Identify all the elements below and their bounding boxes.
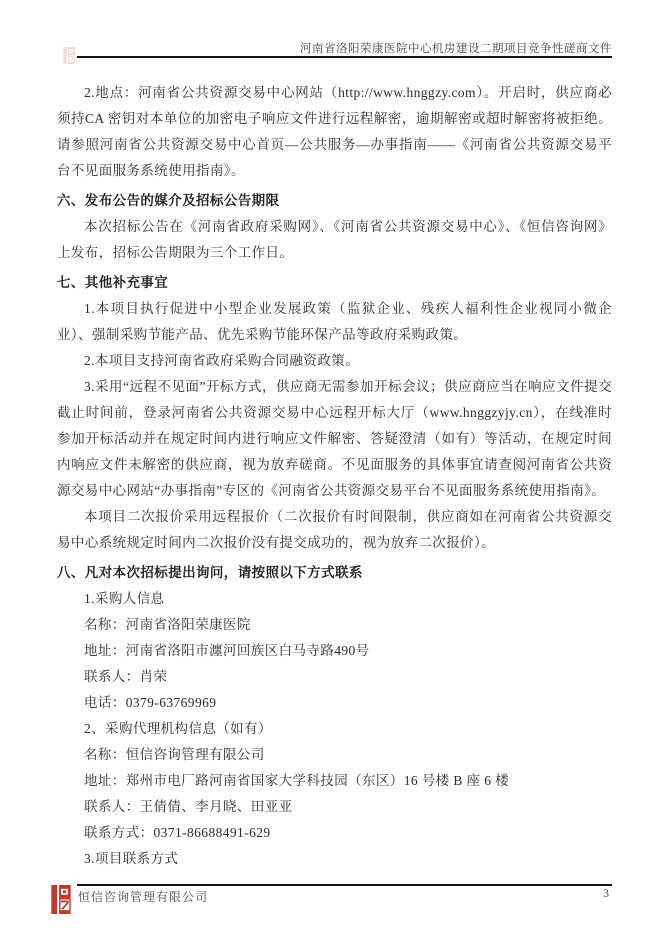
section-heading: 七、其他补充事宜 xyxy=(57,270,612,296)
company-logo-watermark-icon xyxy=(63,47,75,64)
header-rule xyxy=(77,56,612,58)
document-body: 2.地点：河南省公共资源交易中心网站（http://www.hnggzy.com… xyxy=(57,80,612,872)
company-logo-icon xyxy=(51,885,71,914)
contact-line: 2、采购代理机构信息（如有） xyxy=(57,716,612,742)
contact-line: 名称：河南省洛阳荣康医院 xyxy=(57,612,612,638)
footer-company-name: 恒信咨询管理有限公司 xyxy=(78,888,208,905)
body-paragraph: 2.本项目支持河南省政府采购合同融资政策。 xyxy=(57,348,612,374)
contact-line: 3.项目联系方式 xyxy=(57,846,612,872)
footer-rule xyxy=(77,884,612,886)
contact-line: 联系人：肖荣 xyxy=(57,664,612,690)
body-paragraph: 1.本项目执行促进中小型企业发展政策（监狱企业、残疾人福利性企业视同小微企业）、… xyxy=(57,296,612,348)
document-page: 河南省洛阳荣康医院中心机房建设二期项目竞争性磋商文件 2.地点：河南省公共资源交… xyxy=(0,0,662,936)
contact-line: 地址：河南省洛阳市瀍河回族区白马寺路490号 xyxy=(57,638,612,664)
body-paragraph: 本项目二次报价采用远程报价（二次报价有时间限制，供应商如在河南省公共资源交易中心… xyxy=(57,504,612,556)
section-heading: 六、发布公告的媒介及招标公告期限 xyxy=(57,188,612,214)
contact-line: 联系人：王倩倩、李月晓、田亚亚 xyxy=(57,794,612,820)
header-document-title: 河南省洛阳荣康医院中心机房建设二期项目竞争性磋商文件 xyxy=(300,40,612,56)
contact-line: 联系方式：0371-86688491-629 xyxy=(57,820,612,846)
page-number: 3 xyxy=(603,888,609,900)
contact-line: 1.采购人信息 xyxy=(57,586,612,612)
contact-line: 电话：0379-63769969 xyxy=(57,690,612,716)
contact-line: 名称：恒信咨询管理有限公司 xyxy=(57,742,612,768)
body-paragraph: 2.地点：河南省公共资源交易中心网站（http://www.hnggzy.com… xyxy=(57,80,612,184)
contact-line: 地址：郑州市电厂路河南省国家大学科技园（东区）16 号楼 B 座 6 楼 xyxy=(57,768,612,794)
body-paragraph: 本次招标公告在《河南省政府采购网》、《河南省公共资源交易中心》、《恒信咨询网》上… xyxy=(57,214,612,266)
body-paragraph: 3.采用“远程不见面”开标方式，供应商无需参加开标会议；供应商应当在响应文件提交… xyxy=(57,374,612,504)
section-heading: 八、凡对本次招标提出询问，请按照以下方式联系 xyxy=(57,560,612,586)
